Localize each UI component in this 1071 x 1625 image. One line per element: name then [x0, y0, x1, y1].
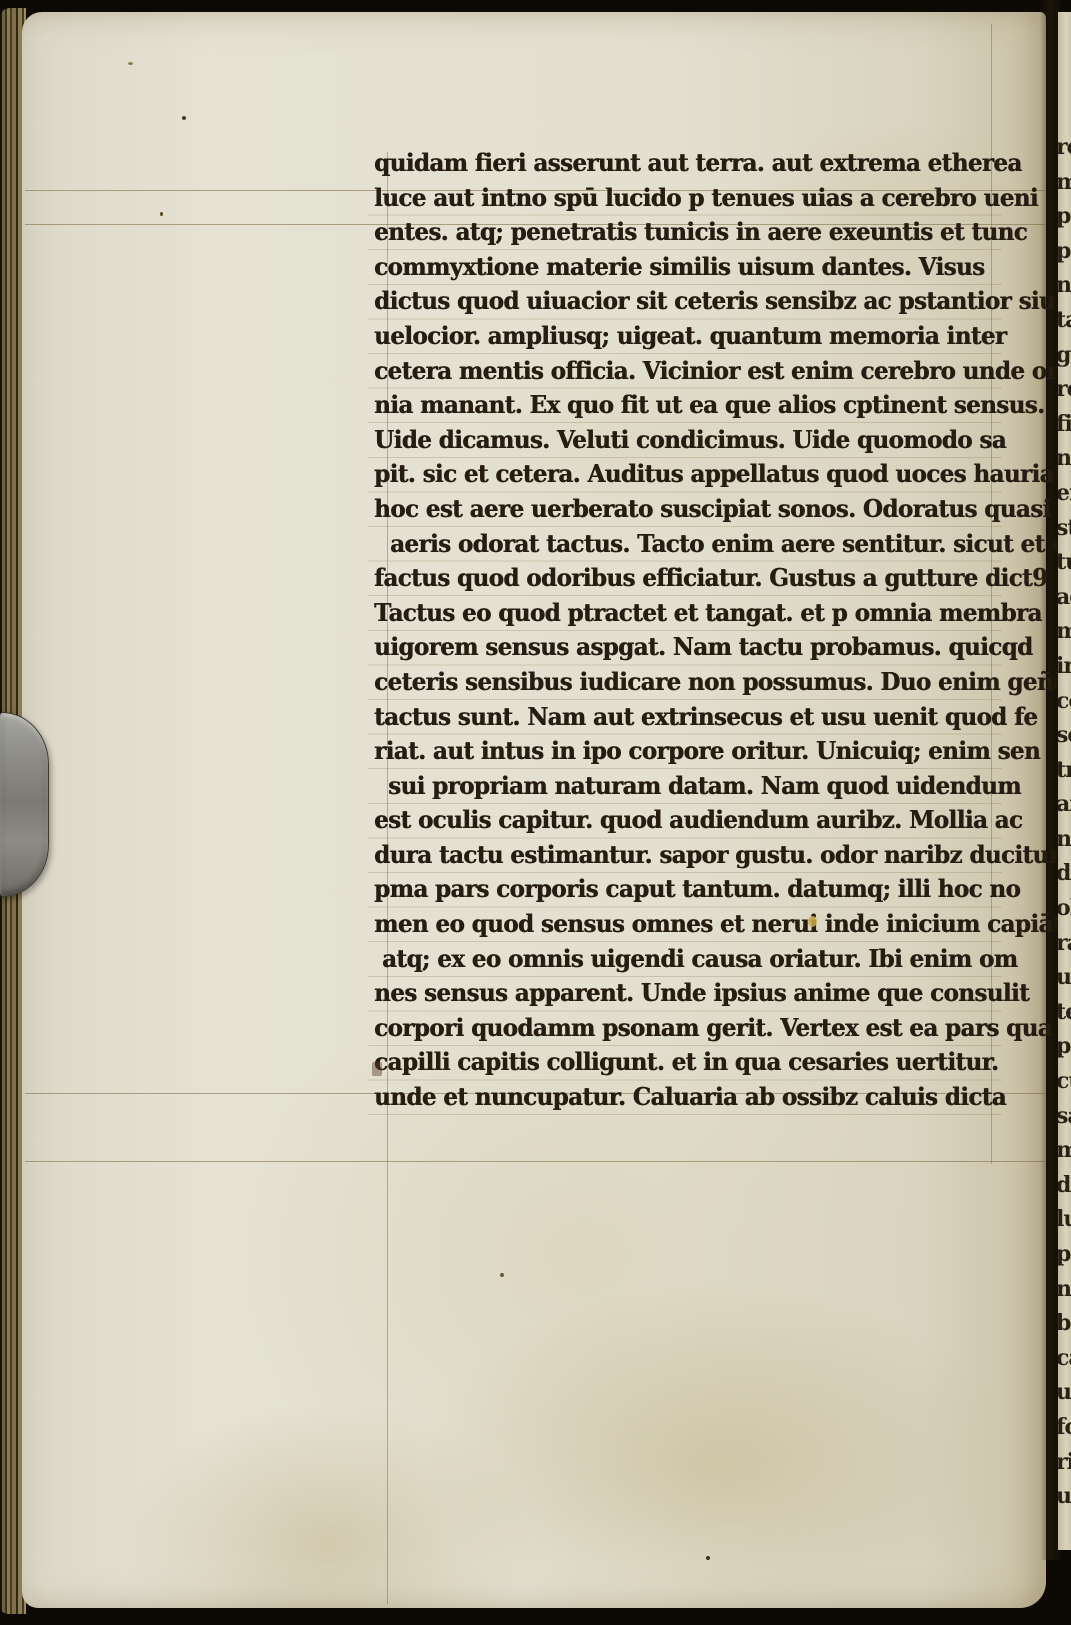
facing-page-text-fragment: se — [1058, 718, 1069, 753]
manuscript-text-line: atq; ex eo omnis uigendi causa oriatur. … — [374, 942, 1014, 978]
facing-page-text-fragment: tr — [1058, 753, 1069, 788]
manuscript-text-line: sui propriam naturam datam. Nam quod uid… — [374, 769, 1014, 805]
ink-speck — [182, 116, 186, 120]
facing-page-text-fragment: tu — [1058, 545, 1069, 580]
facing-page-strip: rompupdnltagarefintersttuadmoincosetrann… — [1058, 12, 1071, 1550]
manuscript-text-line: dura tactu estimantur. sapor gustu. odor… — [374, 838, 1014, 874]
facing-page-text-fragment: co — [1058, 684, 1069, 719]
facing-page-text-fragment: bo — [1058, 1306, 1069, 1341]
manuscript-text-line: nia manant. Ex quo fit ut ea que alios c… — [374, 388, 1014, 424]
manuscript-text-line: cetera mentis officia. Vicinior est enim… — [374, 354, 1014, 390]
facing-page-text-fragment: ad — [1058, 580, 1069, 615]
gutter-shadow — [1040, 0, 1060, 1560]
facing-page-text-fragment: ro — [1058, 130, 1069, 165]
facing-page-text-fragment: ri — [1058, 1445, 1069, 1480]
facing-page-text-fragment: mi — [1058, 1133, 1069, 1168]
facing-page-text-fragment: lu — [1058, 1202, 1069, 1237]
offset-ink-mark — [372, 1062, 382, 1076]
manuscript-text-line: factus quod odoribus efficiatur. Gustus … — [374, 561, 1014, 597]
manuscript-text-line: hoc est aere uerberato suscipiat sonos. … — [374, 492, 1014, 528]
facing-page-text-fragment: ta — [1058, 303, 1069, 338]
facing-page-text-fragment: sa — [1058, 1099, 1069, 1134]
manuscript-text-line: riat. aut intus in ipo corpore oritur. U… — [374, 734, 1014, 770]
facing-page-text-fragment: mo — [1058, 614, 1069, 649]
facing-page-text-fragment: st — [1058, 511, 1069, 546]
ink-speck — [706, 1556, 710, 1560]
wax-spot — [808, 916, 817, 927]
manuscript-text-line: aeris odorat tactus. Tacto enim aere sen… — [374, 527, 1014, 563]
ruling-line-bottom-2 — [25, 1161, 1045, 1162]
facing-page-text-fragment: ui — [1058, 960, 1069, 995]
facing-page-text-fragment: re — [1058, 372, 1069, 407]
manuscript-text-line: uigorem sensus aspgat. Nam tactu probamu… — [374, 630, 1014, 666]
manuscript-text-line: capilli capitis colligunt. et in qua ces… — [374, 1045, 1014, 1081]
facing-page-text-fragment: nt — [1058, 441, 1069, 476]
facing-page-text-fragment: de — [1058, 856, 1069, 891]
manuscript-text-line: quidam fieri asserunt aut terra. aut ext… — [374, 146, 1014, 182]
facing-page-text-fragment: ra — [1058, 926, 1069, 961]
facing-page-text-fragment: do — [1058, 1168, 1069, 1203]
facing-page-text-fragment: us — [1058, 1479, 1069, 1514]
manuscript-text-line: tactus sunt. Nam aut extrinsecus et usu … — [374, 700, 1014, 736]
manuscript-text-line: dictus quod uiuacior sit ceteris sensibz… — [374, 284, 1014, 320]
manuscript-photo: quidam fieri asserunt aut terra. aut ext… — [0, 0, 1071, 1625]
facing-page-text-fragment: pu — [1058, 199, 1069, 234]
facing-page-text-fragment: na — [1058, 1272, 1069, 1307]
manuscript-text-line: unde et nuncupatur. Caluaria ab ossibz c… — [374, 1080, 1014, 1116]
ink-speck — [128, 62, 133, 65]
facing-page-text-fragment: er — [1058, 476, 1069, 511]
manuscript-text-line: Tactus eo quod ptractet et tangat. et p … — [374, 596, 1014, 632]
facing-page-text-fragment: ol — [1058, 891, 1069, 926]
manuscript-text-line: pma pars corporis caput tantum. datumq; … — [374, 872, 1014, 908]
manuscript-text-line: ceteris sensibus iudicare non possumus. … — [374, 665, 1014, 701]
ink-speck — [500, 1273, 504, 1277]
ink-speck — [160, 212, 163, 216]
manuscript-text-line: uelocior. ampliusq; uigeat. quantum memo… — [374, 319, 1014, 355]
manuscript-text-line: nes sensus apparent. Unde ipsius anime q… — [374, 976, 1014, 1012]
facing-page-text-fragment: pd — [1058, 234, 1069, 269]
facing-page-text-fragment: po — [1058, 1029, 1069, 1064]
facing-page-text-fragment: m — [1058, 165, 1069, 200]
facing-page-text-fragment: no — [1058, 822, 1069, 857]
facing-page-text-fragment: ue — [1058, 1375, 1069, 1410]
manuscript-text-line: pit. sic et cetera. Auditus appellatus q… — [374, 457, 1014, 493]
facing-page-text-fragment: cu — [1058, 1064, 1069, 1099]
facing-page-text-fragment: nl — [1058, 268, 1069, 303]
manuscript-text-line: entes. atq; penetratis tunicis in aere e… — [374, 215, 1014, 251]
facing-page-text-fragment: ga — [1058, 338, 1069, 373]
manuscript-text-line: Uide dicamus. Veluti condicimus. Uide qu… — [374, 423, 1014, 459]
facing-page-text-fragment: in — [1058, 649, 1069, 684]
facing-page-blank — [1058, 12, 1071, 130]
manuscript-text-line: corpori quodamm psonam gerit. Vertex est… — [374, 1011, 1014, 1047]
facing-page-text-fragment: an — [1058, 787, 1069, 822]
manuscript-text-line: luce aut intno spū lucido p tenues uias … — [374, 181, 1014, 217]
facing-page-text-fragment: te — [1058, 995, 1069, 1030]
manuscript-text-line: est oculis capitur. quod audiendum aurib… — [374, 803, 1014, 839]
facing-page-text-fragment: ca — [1058, 1341, 1069, 1376]
manuscript-text-block: quidam fieri asserunt aut terra. aut ext… — [374, 146, 1014, 1115]
manuscript-text-line: men eo quod sensus omnes et nerui inde i… — [374, 907, 1014, 943]
facing-page-text-fragment: fo — [1058, 1410, 1069, 1445]
facing-page-text-fragment: fi — [1058, 407, 1069, 442]
facing-page-text-fragment: pe — [1058, 1237, 1069, 1272]
manuscript-text-line: commyxtione materie similis uisum dantes… — [374, 250, 1014, 286]
metal-clasp-tab — [0, 712, 49, 897]
